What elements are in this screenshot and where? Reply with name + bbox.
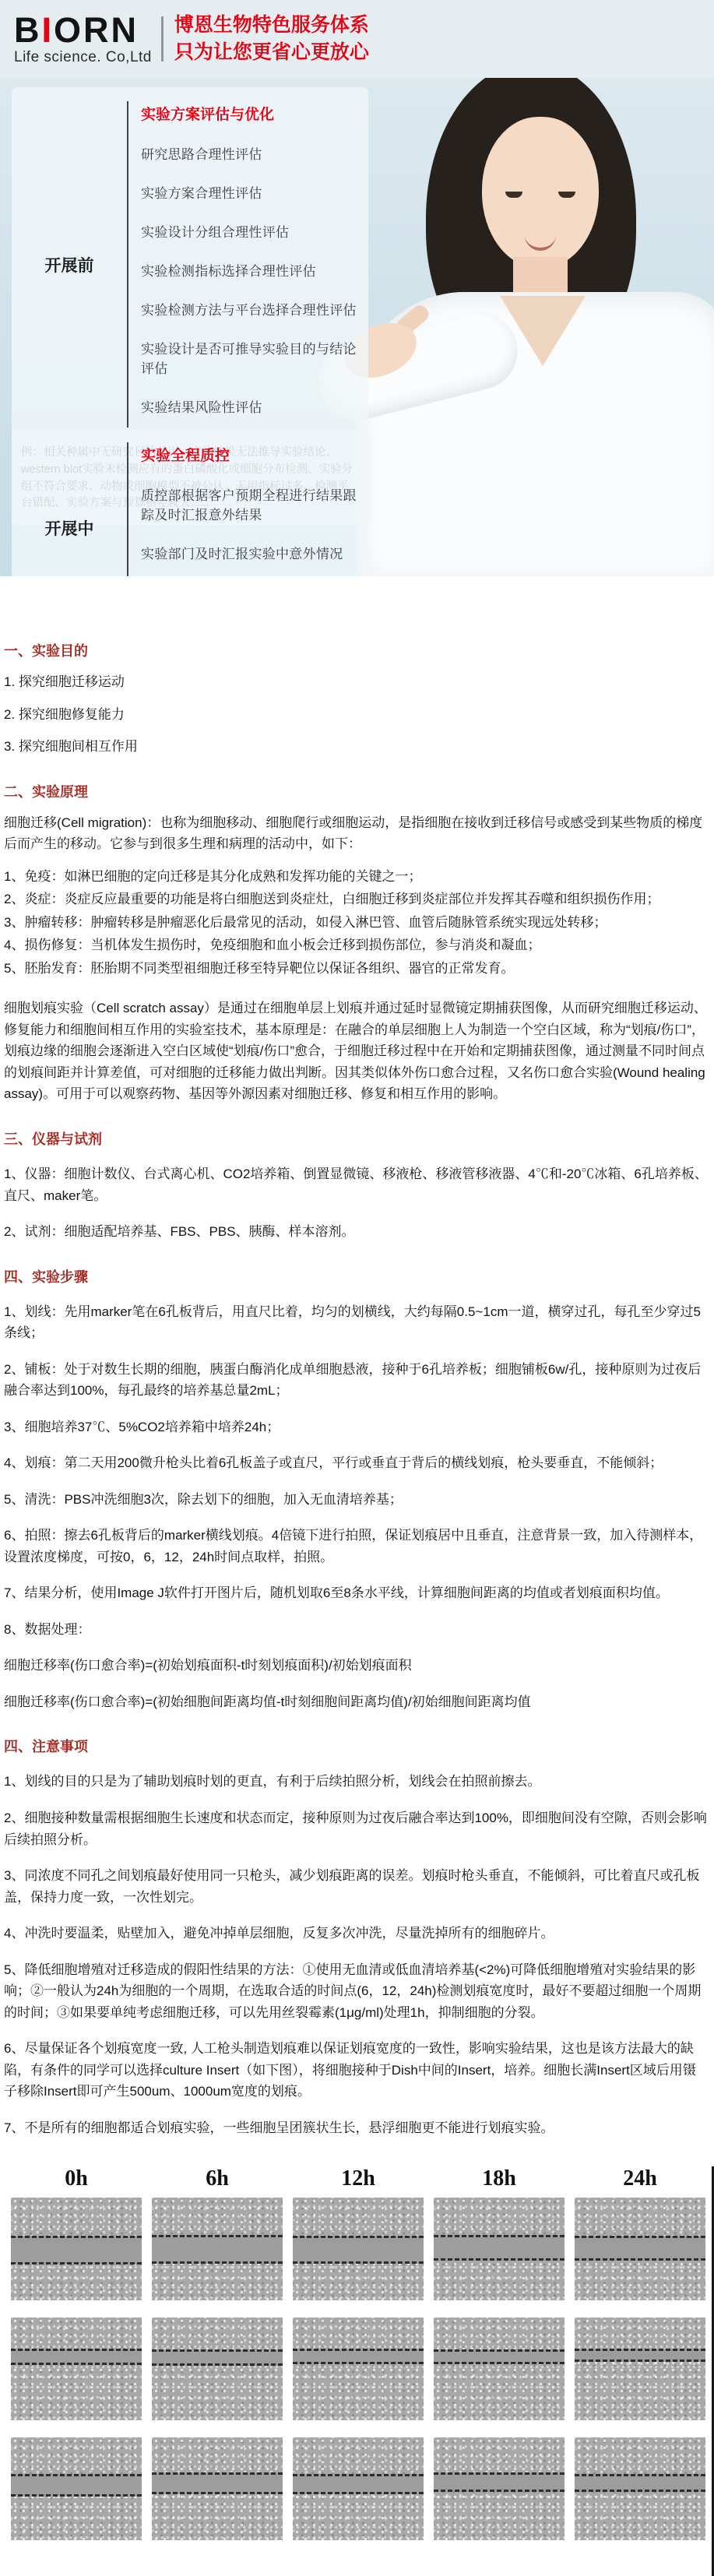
micrograph-row <box>11 2198 705 2300</box>
purpose-list: 1. 探究细胞迁移运动2. 探究细胞修复能力3. 探究细胞间相互作用 <box>4 671 708 758</box>
timepoint-header-row: 0h6h12h18h24h <box>11 2166 705 2191</box>
purpose-item: 1. 探究细胞迁移运动 <box>4 671 708 693</box>
evaluation-item: 研究思路合理性评估 <box>141 143 362 163</box>
protocol-document: 一、实验目的 1. 探究细胞迁移运动2. 探究细胞修复能力3. 探究细胞间相互作… <box>0 576 714 2138</box>
principle-detail: 细胞划痕实验（Cell scratch assay）是通过在细胞单层上划痕并通过… <box>4 998 708 1105</box>
logo-block: BIORN Life science. Co,Ltd <box>14 12 152 66</box>
scientist-smile <box>525 234 556 251</box>
purpose-item: 3. 探究细胞间相互作用 <box>4 736 708 758</box>
section-title-purpose: 一、实验目的 <box>4 640 708 660</box>
micrograph-row <box>11 2317 705 2420</box>
scratch-band <box>575 2474 705 2493</box>
scratch-band <box>152 2349 283 2366</box>
principle-list: 1、免疫：如淋巴细胞的定向迁移是其分化成熟和发挥功能的关键之一；2、炎症：炎症反… <box>4 866 708 980</box>
micrograph-cell <box>434 2198 565 2300</box>
notes-list: 1、划线的目的只是为了辅助划痕时划的更直，有利于后续拍照分析，划线会在拍照前擦去… <box>4 1771 708 2138</box>
scratch-band <box>11 2349 142 2365</box>
qc-item: 实验部门及时汇报实验中意外情况 <box>141 543 362 562</box>
note-item: 3、同浓度不同孔之间划痕最好使用同一只枪头，减少划痕距离的误差。划痕时枪头垂直，… <box>4 1865 708 1908</box>
scratch-band <box>575 2236 705 2261</box>
section-title-steps: 四、实验步骤 <box>4 1266 708 1286</box>
pre-launch-heading: 实验方案评估与优化 <box>141 103 362 124</box>
scratch-band <box>293 2474 424 2494</box>
stage-label-pre: 开展前 <box>45 253 94 276</box>
header: BIORN Life science. Co,Ltd 博恩生物特色服务体系 只为… <box>0 0 714 78</box>
principle-item: 2、炎症：炎症反应最重要的功能是将白细胞送到炎症灶，白细胞迁移到炎症部位并发挥其… <box>4 889 708 910</box>
step-item: 4、划痕：第二天用200微升枪头比着6孔板盖子或直尺，平行或垂直于背后的横线划痕… <box>4 1452 708 1474</box>
scratch-band <box>293 2349 424 2364</box>
micrograph-rows <box>11 2198 705 2540</box>
step-item: 6、拍照：擦去6孔板背后的marker横线划痕。4倍镜下进行拍照，保证划痕居中且… <box>4 1525 708 1568</box>
tagline-line-2: 只为让您更省心更放心 <box>174 39 369 66</box>
scratch-band <box>293 2236 424 2264</box>
scientist-eye-left <box>505 192 522 198</box>
pre-launch-panel-grid: 开展前 实验方案评估与优化 研究思路合理性评估实验方案合理性评估实验设计分组合理… <box>12 92 368 437</box>
pre-launch-list: 研究思路合理性评估实验方案合理性评估实验设计分组合理性评估实验检测指标选择合理性… <box>141 143 362 416</box>
pre-launch-content: 实验方案评估与优化 研究思路合理性评估实验方案合理性评估实验设计分组合理性评估实… <box>128 92 368 437</box>
evaluation-item: 实验检测指标选择合理性评估 <box>141 260 362 280</box>
scratch-band <box>11 2236 142 2265</box>
note-item: 4、冲洗时要温柔，贴壁加入，避免冲掉单层细胞，反复多次冲洗，尽量洗掉所有的细胞碎… <box>4 1923 708 1944</box>
micrograph-cell <box>152 2317 283 2420</box>
principle-item: 4、损伤修复：当机体发生损伤时，免疫细胞和血小板会迁移到损伤部位，参与消炎和凝血… <box>4 934 708 956</box>
section-title-principle: 二、实验原理 <box>4 781 708 801</box>
note-item: 1、划线的目的只是为了辅助划痕时划的更直，有利于后续拍照分析，划线会在拍照前擦去… <box>4 1771 708 1793</box>
micrograph-cell <box>293 2317 424 2420</box>
step-item: 5、清洗：PBS冲洗细胞3次，除去划下的细胞，加入无血清培养基； <box>4 1489 708 1511</box>
stage-label-during: 开展中 <box>45 516 94 540</box>
micrograph-row <box>11 2437 705 2540</box>
in-progress-panel-grid: 开展中 实验全程质控 质控部根据客户预期全程进行结果跟踪及时汇报意外结果实验部门… <box>12 433 368 576</box>
scientist-photo <box>348 78 714 576</box>
step-item: 2、铺板：处于对数生长期的细胞，胰蛋白酶消化成单细胞悬液，接种于6孔培养板；细胞… <box>4 1359 708 1402</box>
micrograph-cell <box>575 2198 705 2300</box>
instruments-list: 1、仪器：细胞计数仪、台式离心机、CO2培养箱、倒置显微镜、移液枪、移液管移液器… <box>4 1163 708 1243</box>
in-progress-content: 实验全程质控 质控部根据客户预期全程进行结果跟踪及时汇报意外结果实验部门及时汇报… <box>128 433 368 576</box>
steps-list: 1、划线：先用marker笔在6孔板背后，用直尺比着，均匀的划横线，大约每隔0.… <box>4 1301 708 1641</box>
note-item: 7、不是所有的细胞都适合划痕实验，一些细胞呈团簇状生长，悬浮细胞更不能进行划痕实… <box>4 2117 708 2139</box>
timepoint-label: 6h <box>152 2166 283 2191</box>
principle-item: 3、肿瘤转移：肿瘤转移是肿瘤恶化后最常见的活动，如侵入淋巴管、血管后随脉管系统实… <box>4 912 708 934</box>
purpose-item: 2. 探究细胞修复能力 <box>4 704 708 726</box>
micrograph-cell <box>152 2198 283 2300</box>
micrograph-cell <box>575 2437 705 2540</box>
biorn-logo: BIORN <box>14 12 152 48</box>
in-progress-list: 质控部根据客户预期全程进行结果跟踪及时汇报意外结果实验部门及时汇报实验中意外情况… <box>141 484 362 576</box>
scratch-band <box>575 2349 705 2362</box>
step-item: 7、结果分析，使用Image J软件打开图片后，随机划取6至8条水平线，计算细胞… <box>4 1582 708 1604</box>
micrograph-cell <box>293 2198 424 2300</box>
tagline-line-1: 博恩生物特色服务体系 <box>174 12 369 39</box>
evaluation-item: 实验设计是否可推导实验目的与结论评估 <box>141 338 362 377</box>
scratch-band <box>152 2235 283 2264</box>
step-item: 8、数据处理： <box>4 1619 708 1641</box>
step-item: 1、划线：先用marker笔在6孔板背后，用直尺比着，均匀的划横线，大约每隔0.… <box>4 1301 708 1344</box>
step-item: 3、细胞培养37℃、5%CO2培养箱中培养24h； <box>4 1416 708 1438</box>
migration-rate-formula: 细胞迁移率(伤口愈合率)=(初始划痕面积-t时刻划痕面积)/初始划痕面积 <box>4 1655 708 1677</box>
micrograph-cell <box>434 2317 565 2420</box>
micrograph-cell <box>293 2437 424 2540</box>
note-item: 6、尽量保证各个划痕宽度一致, 人工枪头制造划痕难以保证划痕宽度的一致性，影响实… <box>4 2038 708 2103</box>
section-title-instruments: 三、仪器与试剂 <box>4 1128 708 1149</box>
evaluation-item: 实验方案合理性评估 <box>141 182 362 202</box>
note-item: 5、降低细胞增殖对迁移造成的假阳性结果的方法：①使用无血清或低血清培养基(<2%… <box>4 1959 708 2024</box>
timepoint-label: 12h <box>293 2166 424 2191</box>
timepoint-label: 0h <box>11 2166 142 2191</box>
evaluation-item: 实验检测方法与平台选择合理性评估 <box>141 299 362 318</box>
micrograph-cell <box>575 2317 705 2420</box>
header-divider <box>161 16 164 62</box>
scratch-image-grid: 0h6h12h18h24h <box>0 2166 714 2576</box>
scratch-band <box>434 2349 565 2363</box>
principle-intro: 细胞迁移(Cell migration)：也称为细胞移动、细胞爬行或细胞运动，是… <box>4 812 708 855</box>
scratch-band <box>434 2235 565 2261</box>
logo-letter-b: B <box>14 10 42 50</box>
logo-subtitle: Life science. Co,Ltd <box>14 49 152 66</box>
migration-rate-formula: 细胞迁移率(伤口愈合率)=(初始细胞间距离均值-t时刻细胞间距离均值)/初始细胞… <box>4 1691 708 1713</box>
scientist-face <box>482 117 599 269</box>
note-item: 2、细胞接种数量需根据细胞生长速度和状态而定，接种原则为过夜后融合率达到100%… <box>4 1807 708 1850</box>
instrument-item: 1、仪器：细胞计数仪、台式离心机、CO2培养箱、倒置显微镜、移液枪、移液管移液器… <box>4 1163 708 1206</box>
micrograph-cell <box>11 2198 142 2300</box>
stage-col: 开展前 <box>12 92 127 437</box>
in-progress-panel: 开展中 实验全程质控 质控部根据客户预期全程进行结果跟踪及时汇报意外结果实验部门… <box>12 430 368 576</box>
stage-col: 开展中 <box>12 433 127 576</box>
principle-item: 5、胚胎发育：胚胎期不同类型祖细胞迁移至特异靶位以保证各组织、器官的正常发育。 <box>4 958 708 980</box>
logo-letter-i: I <box>42 10 55 50</box>
logo-letters-orn: ORN <box>54 10 139 50</box>
page: BIORN Life science. Co,Ltd 博恩生物特色服务体系 只为… <box>0 0 714 2576</box>
brand-tagline: 博恩生物特色服务体系 只为让您更省心更放心 <box>174 12 369 66</box>
section-title-notes: 四、注意事项 <box>4 1736 708 1756</box>
in-progress-heading: 实验全程质控 <box>141 444 362 465</box>
evaluation-item: 实验设计分组合理性评估 <box>141 221 362 241</box>
instrument-item: 2、试剂：细胞适配培养基、FBS、PBS、胰酶、样本溶剂。 <box>4 1221 708 1243</box>
scratch-band <box>152 2472 283 2494</box>
formula-list: 细胞迁移率(伤口愈合率)=(初始划痕面积-t时刻划痕面积)/初始划痕面积细胞迁移… <box>4 1655 708 1712</box>
evaluation-item: 实验结果风险性评估 <box>141 396 362 416</box>
principle-item: 1、免疫：如淋巴细胞的定向迁移是其分化成熟和发挥功能的关键之一； <box>4 866 708 888</box>
timepoint-label: 24h <box>575 2166 705 2191</box>
micrograph-cell <box>11 2317 142 2420</box>
qc-item: 质控部根据客户预期全程进行结果跟踪及时汇报意外结果 <box>141 484 362 523</box>
timepoint-label: 18h <box>434 2166 565 2191</box>
scientist-eye-right <box>558 192 575 198</box>
scratch-band <box>434 2472 565 2492</box>
hero-banner: 开展前 实验方案评估与优化 研究思路合理性评估实验方案合理性评估实验设计分组合理… <box>0 78 714 576</box>
scratch-band <box>11 2474 142 2497</box>
micrograph-cell <box>11 2437 142 2540</box>
micrograph-cell <box>434 2437 565 2540</box>
micrograph-cell <box>152 2437 283 2540</box>
